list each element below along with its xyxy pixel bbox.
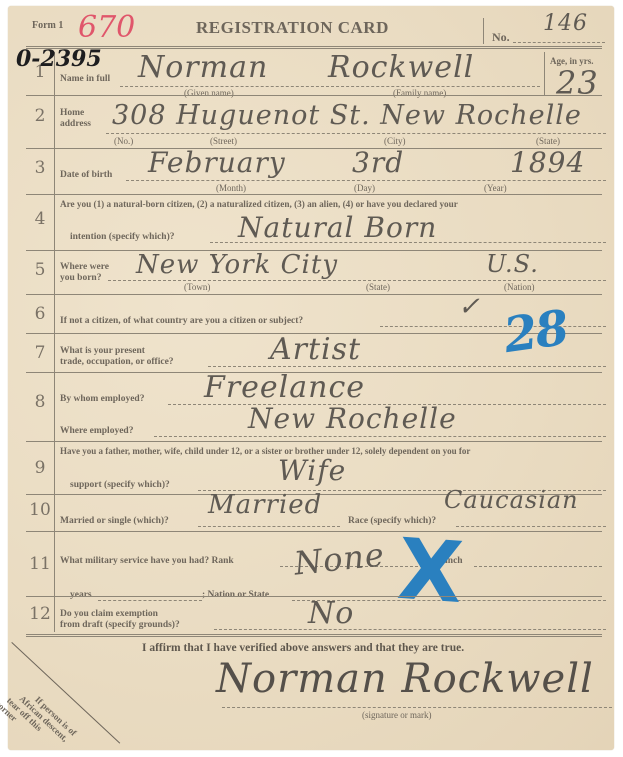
row-number-3: 3	[26, 158, 54, 178]
years-label: years	[70, 590, 92, 600]
blue-mark-x: X	[395, 520, 466, 622]
dob-label: Date of birth	[60, 170, 112, 180]
signature-caption: (signature or mark)	[362, 710, 431, 720]
dependents-value: Wife	[278, 454, 346, 487]
employer-label: By whom employed?	[60, 394, 144, 404]
registration-card: Form 1 670 REGISTRATION CARD No. 146 1 0…	[8, 6, 614, 750]
home-address-label: Homeaddress	[60, 108, 91, 130]
employer-value: Freelance	[204, 370, 365, 405]
foreign-citizen-value: ✓	[458, 292, 481, 322]
birthplace-line	[108, 280, 606, 281]
row-divider	[26, 531, 602, 532]
foreign-citizen-question: If not a citizen, of what country are yo…	[60, 316, 303, 326]
tear-off-note: If person is of African descent, tear of…	[0, 674, 79, 757]
row-number-12: 12	[26, 604, 54, 624]
dob-line	[126, 180, 606, 181]
citizenship-question-2: intention (specify which)?	[70, 232, 175, 242]
marital-label: Married or single (which)?	[60, 516, 169, 526]
caption-month: (Month)	[216, 183, 246, 193]
blue-mark-28: 28	[500, 300, 570, 364]
military-rank-label: What military service have you had? Rank	[60, 556, 234, 566]
occupation-line	[208, 366, 606, 367]
exemption-label: Do you claim exemptionfrom draft (specif…	[60, 609, 180, 631]
dependents-question-2: support (specify which)?	[70, 480, 170, 490]
dependents-question: Have you a father, mother, wife, child u…	[60, 446, 470, 456]
name-line	[120, 86, 540, 87]
caption-day: (Day)	[354, 183, 375, 193]
row-divider	[26, 194, 602, 195]
foreign-citizen-line	[380, 326, 606, 327]
affirmation-text: I affirm that I have verified above answ…	[142, 642, 464, 654]
occupation-label: What is your presenttrade, occupation, o…	[60, 346, 174, 368]
birth-nation-value: U.S.	[486, 250, 539, 278]
years-line	[98, 600, 202, 601]
caption-no: (No.)	[114, 136, 133, 146]
caption-given-name: (Given name)	[184, 88, 234, 98]
caption-family-name: (Family name)	[393, 88, 446, 98]
card-title: REGISTRATION CARD	[196, 18, 389, 38]
caption-city: (City)	[384, 136, 406, 146]
row-divider	[26, 294, 602, 295]
name-label: Name in full	[60, 74, 110, 84]
order-number: 0-2395	[16, 46, 102, 72]
birth-month-value: February	[148, 146, 286, 179]
nation-or-state-label: ; Nation or State	[202, 590, 269, 600]
employment-place-label: Where employed?	[60, 426, 133, 436]
row-number-11: 11	[26, 554, 54, 574]
row-number-5: 5	[26, 260, 54, 280]
caption-state: (State)	[536, 136, 560, 146]
row-number-6: 6	[26, 304, 54, 324]
row-divider	[26, 95, 602, 96]
citizenship-value: Natural Born	[238, 211, 437, 244]
header-divider	[483, 18, 484, 44]
number-column-rule	[54, 52, 55, 632]
no-underline	[513, 42, 605, 43]
caption-year: (Year)	[484, 183, 507, 193]
no-label: No.	[492, 30, 510, 45]
marital-line	[198, 526, 340, 527]
signature: Norman Rockwell	[216, 656, 594, 702]
family-name-value: Rockwell	[328, 50, 474, 85]
row-number-2: 2	[26, 106, 54, 126]
branch-line	[474, 566, 602, 567]
citizenship-question: Are you (1) a natural-born citizen, (2) …	[60, 199, 458, 209]
caption-state: (State)	[366, 282, 390, 292]
address-value: 308 Huguenot St. New Rochelle	[112, 100, 582, 131]
given-name-value: Norman	[138, 50, 268, 85]
address-line	[106, 133, 606, 134]
header-rule	[26, 46, 602, 49]
red-number: 670	[78, 10, 135, 45]
caption-town: (Town)	[184, 282, 210, 292]
row-number-8: 8	[26, 392, 54, 412]
employment-place-value: New Rochelle	[248, 402, 457, 435]
race-value: Caucasian	[444, 486, 579, 514]
row-number-4: 4	[26, 209, 54, 229]
race-line	[456, 526, 606, 527]
bottom-rule	[26, 634, 602, 637]
occupation-value: Artist	[270, 332, 361, 367]
serial-number: 146	[543, 11, 588, 36]
birthplace-label: Where wereyou born?	[60, 262, 109, 284]
signature-line	[222, 707, 612, 708]
age-value: 23	[556, 64, 599, 102]
row-number-10: 10	[26, 500, 54, 520]
row-divider	[26, 441, 602, 442]
caption-nation: (Nation)	[504, 282, 535, 292]
age-divider	[544, 52, 545, 96]
row-number-7: 7	[26, 343, 54, 363]
military-value: None	[292, 535, 386, 582]
form-label: Form 1	[32, 20, 63, 31]
exemption-value: No	[308, 596, 354, 631]
birth-year-value: 1894	[510, 146, 585, 179]
marital-value: Married	[208, 490, 322, 520]
row-number-9: 9	[26, 458, 54, 478]
birth-town-value: New York City	[136, 250, 338, 280]
exemption-line	[214, 629, 606, 630]
birth-day-value: 3rd	[352, 146, 404, 179]
employment-place-line	[154, 436, 606, 437]
caption-street: (Street)	[210, 136, 237, 146]
